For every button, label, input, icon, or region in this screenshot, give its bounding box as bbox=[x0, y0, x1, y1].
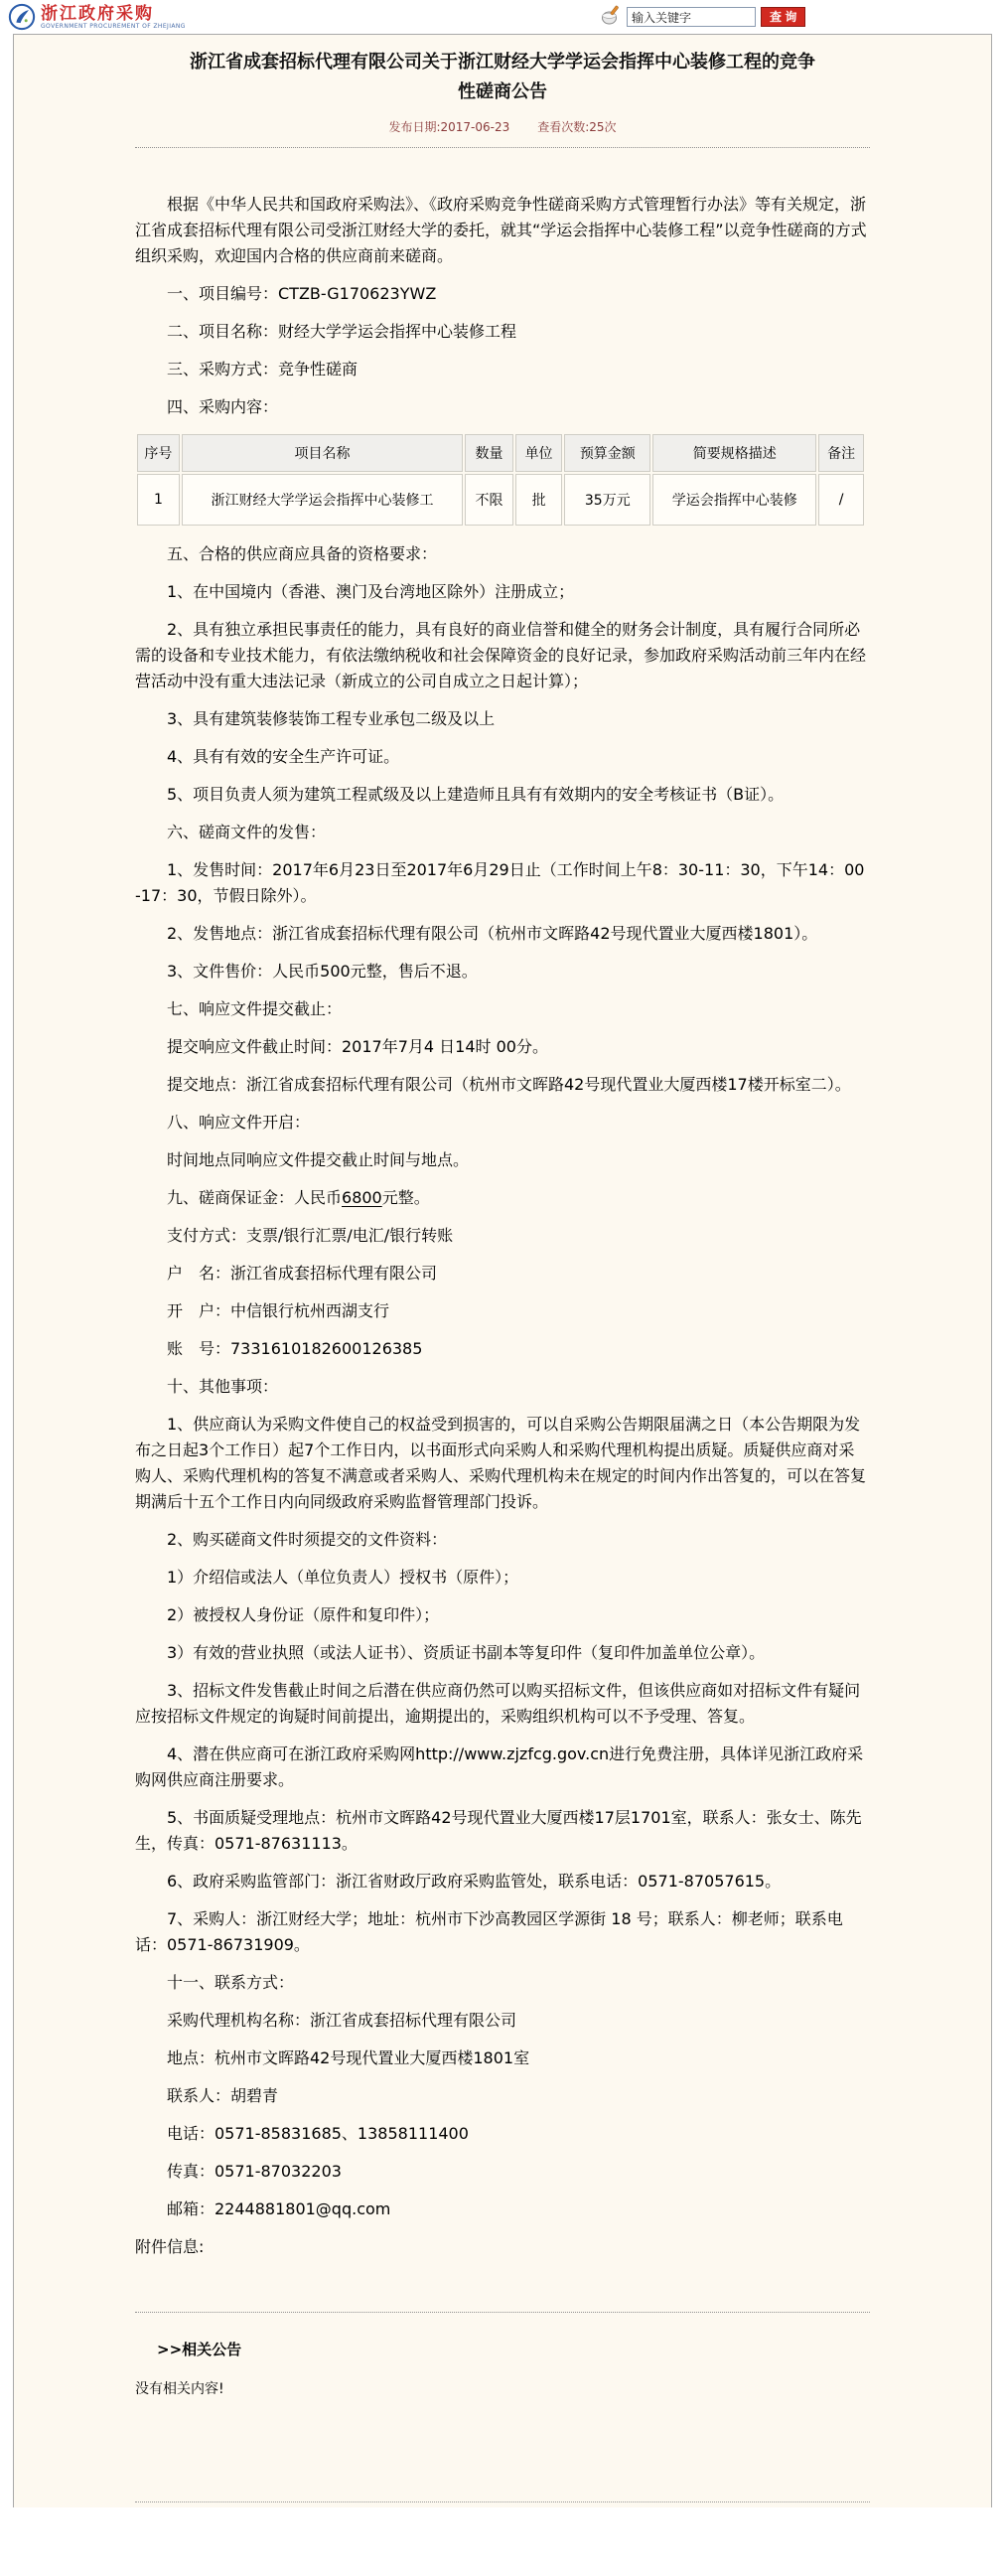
body-paragraph: 1）介绍信或法人（单位负责人）授权书（原件）； bbox=[135, 1565, 870, 1591]
body-paragraph: 提交响应文件截止时间：2017年7月4 日14时 00分。 bbox=[135, 1034, 870, 1060]
views-count: 25次 bbox=[589, 120, 616, 134]
publish-date: 2017-06-23 bbox=[440, 120, 509, 134]
announcement-content: 根据《中华人民共和国政府采购法》、《政府采购竞争性磋商采购方式管理暂行办法》等有… bbox=[135, 147, 870, 2502]
announcement-meta: 发布日期:2017-06-23查看次数:25次 bbox=[14, 118, 991, 135]
table-header-cell: 项目名称 bbox=[182, 434, 463, 472]
related-separator bbox=[135, 2312, 870, 2313]
body-paragraph: 2、具有独立承担民事责任的能力，具有良好的商业信誉和健全的财务会计制度，具有履行… bbox=[135, 617, 870, 694]
body-paragraph: 五、合格的供应商应具备的资格要求： bbox=[135, 541, 870, 567]
body-paragraph: 3、具有建筑装修装饰工程专业承包二级及以上 bbox=[135, 706, 870, 732]
site-logo[interactable]: 浙江政府采购 GOVERNMENT PROCUREMENT OF ZHEJIAN… bbox=[8, 3, 186, 31]
body-paragraph: 3）有效的营业执照（或法人证书）、资质证书副本等复印件（复印件加盖单位公章）。 bbox=[135, 1640, 870, 1666]
meta-separator bbox=[135, 147, 870, 148]
body-paragraph: 时间地点同响应文件提交截止时间与地点。 bbox=[135, 1147, 870, 1173]
body-paragraph: 账 号：7331610182600126385 bbox=[135, 1336, 870, 1362]
body-before-table: 根据《中华人民共和国政府采购法》、《政府采购竞争性磋商采购方式管理暂行办法》等有… bbox=[135, 192, 870, 420]
body-paragraph: 支付方式：支票/银行汇票/电汇/银行转账 bbox=[135, 1223, 870, 1249]
body-paragraph: 7、采购人：浙江财经大学；地址：杭州市下沙高教园区学源街 18 号；联系人：柳老… bbox=[135, 1906, 870, 1958]
table-row: 1浙江财经大学学运会指挥中心装修工不限批35万元学运会指挥中心装修/ bbox=[137, 474, 864, 526]
logo-text: 浙江政府采购 GOVERNMENT PROCUREMENT OF ZHEJIAN… bbox=[41, 5, 186, 30]
body-paragraph: 1、发售时间：2017年6月23日至2017年6月29日止（工作时间上午8：30… bbox=[135, 857, 870, 909]
body-paragraph: 三、采购方式：竞争性磋商 bbox=[135, 357, 870, 382]
body-paragraph: 6、政府采购监管部门：浙江省财政厅政府采购监管处，联系电话：0571-87057… bbox=[135, 1869, 870, 1894]
body-paragraph: 电话：0571-85831685、13858111400 bbox=[135, 2121, 870, 2147]
table-header-cell: 序号 bbox=[137, 434, 180, 472]
table-header-cell: 简要规格描述 bbox=[652, 434, 816, 472]
related-empty-message: 没有相关内容! bbox=[135, 2378, 870, 2398]
body-paragraph: 4、潜在供应商可在浙江政府采购网http://www.zjzfcg.gov.cn… bbox=[135, 1742, 870, 1793]
body-paragraph: 地点：杭州市文晖路42号现代置业大厦西楼1801室 bbox=[135, 2046, 870, 2071]
table-header-cell: 预算金额 bbox=[564, 434, 650, 472]
deposit-amount: 6800 bbox=[342, 1188, 382, 1207]
site-header: 浙江政府采购 GOVERNMENT PROCUREMENT OF ZHEJIAN… bbox=[0, 0, 1005, 34]
body-paragraph: 六、磋商文件的发售： bbox=[135, 820, 870, 845]
search-button[interactable]: 查 询 bbox=[761, 7, 805, 27]
table-header-cell: 数量 bbox=[465, 434, 513, 472]
body-paragraph: 5、书面质疑受理地点：杭州市文晖路42号现代置业大厦西楼17层1701室，联系人… bbox=[135, 1805, 870, 1857]
body-paragraph: 七、响应文件提交截止： bbox=[135, 996, 870, 1022]
body-after-table: 五、合格的供应商应具备的资格要求：1、在中国境内（香港、澳门及台湾地区除外）注册… bbox=[135, 541, 870, 2260]
table-cell: / bbox=[818, 474, 864, 526]
body-paragraph: 2、购买磋商文件时须提交的文件资料： bbox=[135, 1527, 870, 1553]
procurement-items-table: 序号项目名称数量单位预算金额简要规格描述备注 1浙江财经大学学运会指挥中心装修工… bbox=[135, 432, 866, 528]
body-paragraph: 九、磋商保证金：人民币6800元整。 bbox=[135, 1185, 870, 1211]
body-paragraph: 十一、联系方式： bbox=[135, 1970, 870, 1996]
table-cell: 1 bbox=[137, 474, 180, 526]
body-paragraph: 提交地点：浙江省成套招标代理有限公司（杭州市文晖路42号现代置业大厦西楼17楼开… bbox=[135, 1072, 870, 1098]
publish-date-label: 发布日期: bbox=[388, 120, 440, 134]
body-paragraph: 联系人：胡碧青 bbox=[135, 2083, 870, 2109]
search-group: 查 询 bbox=[600, 4, 805, 30]
logo-title-cn: 浙江政府采购 bbox=[41, 5, 186, 23]
body-paragraph: 附件信息: bbox=[135, 2234, 870, 2260]
search-input[interactable] bbox=[627, 7, 756, 27]
related-announcements-heading: >>相关公告 bbox=[157, 2339, 870, 2359]
body-paragraph: 开 户：中信银行杭州西湖支行 bbox=[135, 1298, 870, 1324]
body-paragraph: 3、招标文件发售截止时间之后潜在供应商仍然可以购买招标文件，但该供应商如对招标文… bbox=[135, 1678, 870, 1730]
table-cell: 不限 bbox=[465, 474, 513, 526]
body-paragraph: 一、项目编号：CTZB-G170623YWZ bbox=[135, 281, 870, 307]
body-paragraph: 1、在中国境内（香港、澳门及台湾地区除外）注册成立； bbox=[135, 579, 870, 605]
body-paragraph: 2、发售地点：浙江省成套招标代理有限公司（杭州市文晖路42号现代置业大厦西楼18… bbox=[135, 921, 870, 947]
body-paragraph: 邮箱：2244881801@qq.com bbox=[135, 2197, 870, 2222]
body-paragraph: 4、具有有效的安全生产许可证。 bbox=[135, 744, 870, 770]
bottom-spacer bbox=[135, 2398, 870, 2501]
page-title: 浙江省成套招标代理有限公司关于浙江财经大学学运会指挥中心装修工程的竞争性磋商公告 bbox=[185, 48, 820, 107]
body-paragraph: 采购代理机构名称：浙江省成套招标代理有限公司 bbox=[135, 2008, 870, 2034]
search-pencil-icon bbox=[600, 4, 622, 30]
body-paragraph: 四、采购内容： bbox=[135, 394, 870, 420]
body-paragraph: 3、文件售价：人民币500元整，售后不退。 bbox=[135, 959, 870, 985]
zhejiang-gov-emblem-icon bbox=[8, 3, 36, 31]
body-paragraph: 5、项目负责人须为建筑工程贰级及以上建造师且具有有效期内的安全考核证书（B证）。 bbox=[135, 782, 870, 808]
logo-title-en: GOVERNMENT PROCUREMENT OF ZHEJIANG bbox=[41, 23, 186, 30]
body-paragraph: 八、响应文件开启： bbox=[135, 1110, 870, 1136]
table-cell: 学运会指挥中心装修 bbox=[652, 474, 816, 526]
body-paragraph: 十、其他事项： bbox=[135, 1374, 870, 1400]
table-header-cell: 单位 bbox=[515, 434, 563, 472]
body-paragraph: 2）被授权人身份证（原件和复印件）； bbox=[135, 1602, 870, 1628]
body-paragraph: 1、供应商认为采购文件使自己的权益受到损害的，可以自采购公告期限届满之日（本公告… bbox=[135, 1412, 870, 1515]
body-paragraph: 户 名：浙江省成套招标代理有限公司 bbox=[135, 1261, 870, 1287]
table-header-row: 序号项目名称数量单位预算金额简要规格描述备注 bbox=[137, 434, 864, 472]
announcement-card: 浙江省成套招标代理有限公司关于浙江财经大学学运会指挥中心装修工程的竞争性磋商公告… bbox=[13, 34, 992, 2507]
table-cell: 浙江财经大学学运会指挥中心装修工 bbox=[182, 474, 463, 526]
views-label: 查看次数: bbox=[537, 120, 589, 134]
body-paragraph: 根据《中华人民共和国政府采购法》、《政府采购竞争性磋商采购方式管理暂行办法》等有… bbox=[135, 192, 870, 269]
bottom-separator bbox=[135, 2501, 870, 2502]
body-paragraph: 二、项目名称：财经大学学运会指挥中心装修工程 bbox=[135, 319, 870, 345]
table-cell: 35万元 bbox=[564, 474, 650, 526]
body-paragraph: 传真：0571-87032203 bbox=[135, 2159, 870, 2185]
table-header-cell: 备注 bbox=[818, 434, 864, 472]
table-cell: 批 bbox=[515, 474, 563, 526]
